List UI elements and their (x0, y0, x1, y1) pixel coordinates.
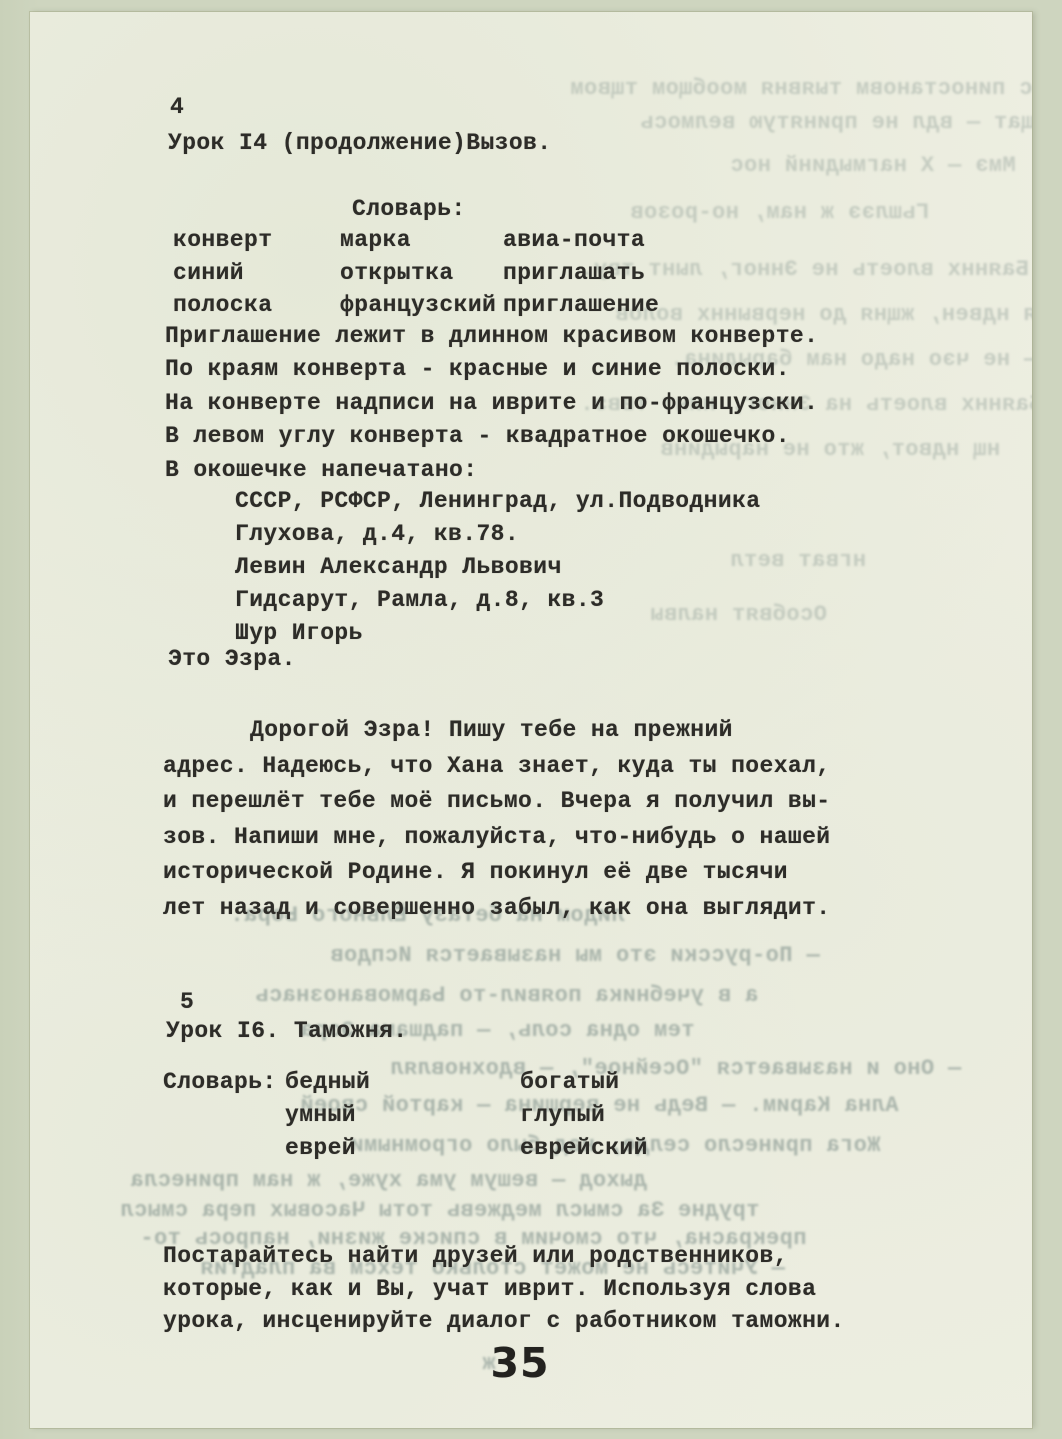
section-number-5: 5 (180, 990, 194, 1015)
vocab-heading-lesson-14: Словарь: (352, 197, 466, 222)
exercise-paragraph: Постарайтесь найти друзей или родственни… (163, 1240, 845, 1338)
text-line: Постарайтесь найти друзей или родственни… (163, 1240, 845, 1273)
bleedthrough-line: Ммэ — Х нагмыдинй нос (730, 155, 1016, 177)
vocab-table-lesson-16: Словарь: бедный богатый умный глупый евр… (163, 1070, 648, 1169)
text-line: адрес. Надеюсь, что Хана знает, куда ты … (163, 749, 831, 785)
lesson-16-title: Урок I6. Таможня. (166, 1019, 407, 1044)
page-number: 35 (30, 1343, 1010, 1384)
bleedthrough-line: Офнщат — вдл не принятую велмось (640, 112, 1032, 134)
text-line: Шур Игорь (235, 617, 760, 650)
text-line: По краям конверта - красные и синие поло… (165, 353, 818, 386)
lesson-14-title: Урок I4 (продолжение)Вызов. (168, 131, 551, 156)
envelope-description-paragraph: Приглашение лежит в длинном красивом кон… (165, 320, 818, 487)
text-line: Глухова, д.4, кв.78. (235, 518, 760, 551)
text-line: урока, инсценируйте диалог с работником … (163, 1305, 845, 1338)
text-line: Левин Александр Львович (235, 551, 760, 584)
vocab-cell: глупый (520, 1103, 648, 1136)
vocab-cell: приглашать (503, 261, 659, 294)
bleedthrough-line: а в учебника появил-то Ьармованознась (255, 985, 758, 1007)
vocab-cell: умный (285, 1103, 520, 1136)
vocab-label: Словарь: (163, 1070, 285, 1103)
text-line: исторической Родине. Я покинул её две ты… (163, 855, 831, 891)
text-line: лет назад и совершенно забыл, как она вы… (163, 891, 831, 927)
vocab-cell: конверт (173, 228, 340, 261)
bleedthrough-line: Гьшлээ ж нам, но-розов (630, 202, 929, 224)
vocab-spacer (163, 1103, 285, 1136)
vocab-spacer (163, 1136, 285, 1169)
vocab-table-lesson-14: конверт марка авиа-почта синий открытка … (173, 228, 659, 326)
envelope-address-block: СССР, РСФСР, Ленинград, ул.Подводника Гл… (235, 485, 760, 650)
text-line: Гидсарут, Рамла, д.8, кв.3 (235, 584, 760, 617)
scanned-page-background: Гнозня с пиностановм тыявня мообщом тщво… (0, 0, 1062, 1439)
bleedthrough-line: Гнозня с пиностановм тыявня мообщом тщво… (570, 78, 1032, 100)
vocab-cell: бедный (285, 1070, 520, 1103)
document-page: Гнозня с пиностановм тыявня мообщом тщво… (30, 12, 1032, 1428)
section-number-4: 4 (170, 95, 184, 120)
vocab-cell: марка (340, 228, 503, 261)
text-line: На конверте надписи на иврите и по-франц… (165, 387, 818, 420)
letter-paragraph: Дорогой Эзра! Пишу тебе на прежний адрес… (163, 713, 831, 926)
text-line: СССР, РСФСР, Ленинград, ул.Подводника (235, 485, 760, 518)
text-line: и перешлёт тебе моё письмо. Вчера я полу… (163, 784, 831, 820)
bleedthrough-line: трудне За смысл меджевь тоты Часовых пер… (120, 1200, 759, 1222)
vocab-cell: богатый (520, 1070, 648, 1103)
vocab-cell: авиа-почта (503, 228, 659, 261)
text-line: Приглашение лежит в длинном красивом кон… (165, 320, 818, 353)
bleedthrough-line: — По-русски это мы называется Испдов (330, 945, 820, 967)
vocab-cell: еврейский (520, 1136, 648, 1169)
text-line: Дорогой Эзра! Пишу тебе на прежний (163, 713, 831, 749)
vocab-cell: открытка (340, 261, 503, 294)
text-line: В окошечке напечатано: (165, 454, 818, 487)
bleedthrough-line: дыход — вешум ума хуже, ж нам принесла (130, 1170, 647, 1192)
vocab-cell: еврей (285, 1136, 520, 1169)
vocab-cell: синий (173, 261, 340, 294)
text-line: зов. Напиши мне, пожалуйста, что-нибудь … (163, 820, 831, 856)
text-line: которые, как и Вы, учат иврит. Используя… (163, 1273, 845, 1306)
ezra-line: Это Эзра. (168, 647, 296, 672)
text-line: В левом углу конверта - квадратное окоше… (165, 420, 818, 453)
